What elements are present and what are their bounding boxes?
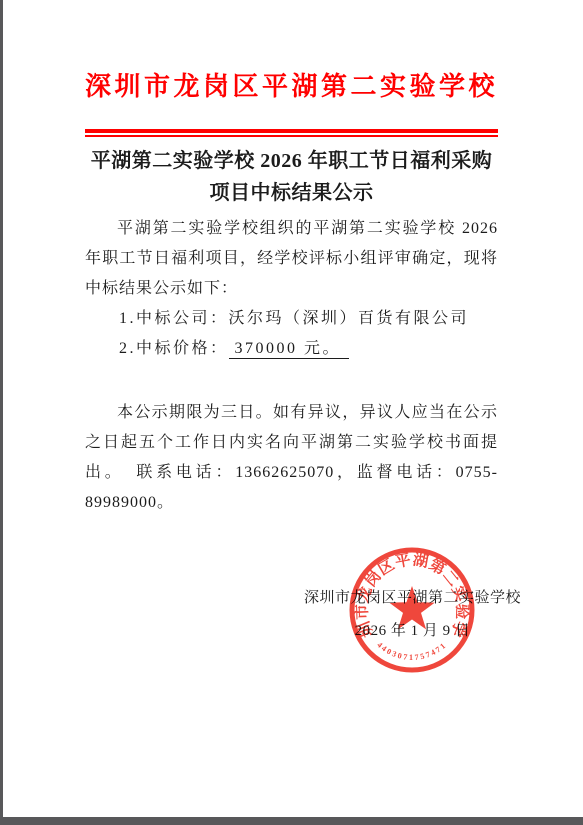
document-title: 平湖第二实验学校 2026 年职工节日福利采购 项目中标结果公示: [85, 145, 498, 209]
result-item-company: 1.中标公司：沃尔玛（深圳）百货有限公司: [85, 304, 498, 334]
result-list: 1.中标公司：沃尔玛（深圳）百货有限公司 2.中标价格：370000 元。: [85, 304, 498, 364]
document-page: { "doc": { "letterhead": { "school_name"…: [0, 0, 583, 825]
svg-text:深圳市龙岗区平湖第二实验学校: 深圳市龙岗区平湖第二实验学校: [343, 541, 472, 640]
document-title-line1: 平湖第二实验学校 2026 年职工节日福利采购: [85, 145, 498, 177]
notice-paragraph: 本公示期限为三日。如有异议，异议人应当在公示之日起五个工作日内实名向平湖第二实验…: [85, 398, 498, 518]
page-edge-bottom: [0, 817, 583, 825]
letterhead-school-name: 深圳市龙岗区平湖第二实验学校: [85, 70, 498, 102]
result-item-company-value: 沃尔玛（深圳）百货有限公司: [229, 310, 470, 327]
seal-code-number: 4403071757471: [375, 640, 448, 662]
red-divider-thick-line: [85, 129, 498, 133]
document-title-line2: 项目中标结果公示: [85, 177, 498, 209]
result-item-price-label: 2.中标价格：: [119, 340, 229, 357]
result-item-price: 2.中标价格：370000 元。: [85, 334, 498, 364]
result-item-company-label: 1.中标公司：: [119, 310, 229, 327]
result-item-price-value: 370000 元。: [229, 340, 350, 359]
red-divider: [85, 129, 498, 137]
intro-paragraph: 平湖第二实验学校组织的平湖第二实验学校 2026 年职工节日福利项目，经学校评标…: [85, 214, 498, 304]
page-edge-left: [0, 0, 3, 818]
seal-star-icon: [389, 586, 435, 629]
seal-arc-text: 深圳市龙岗区平湖第二实验学校: [343, 541, 472, 640]
document-content: 深圳市龙岗区平湖第二实验学校 平湖第二实验学校 2026 年职工节日福利采购 项…: [85, 0, 498, 518]
official-seal-stamp: 深圳市龙岗区平湖第二实验学校 4403071757471: [343, 541, 481, 679]
red-divider-thin-line: [85, 135, 498, 137]
svg-text:4403071757471: 4403071757471: [375, 640, 448, 662]
